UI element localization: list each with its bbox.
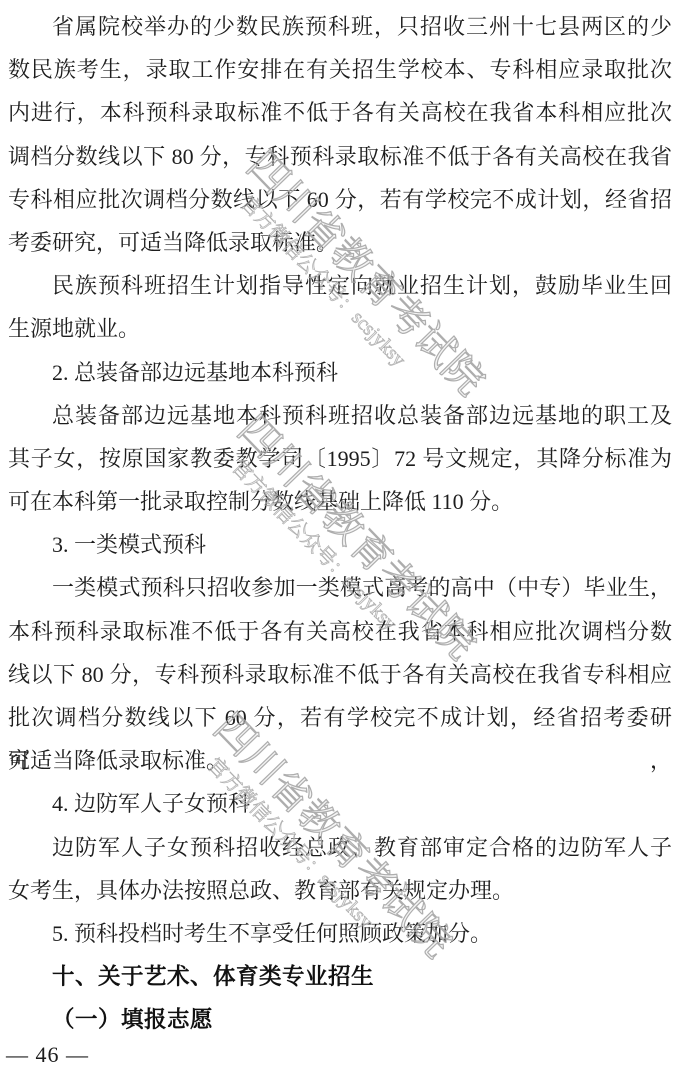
text-line: 边防军人子女预科招收经总政、教育部审定合格的边防军人子 (8, 826, 672, 869)
text-line: 总装备部边远基地本科预科班招收总装备部边远基地的职工及 (8, 394, 672, 437)
list-item-heading: 2. 总装备部边远基地本科预科 (8, 351, 672, 394)
list-item-heading: 3. 一类模式预科 (8, 523, 672, 566)
text-line: 内进行，本科预科录取标准不低于各有关高校在我省本科相应批次 (8, 91, 672, 134)
subsection-heading: （一）填报志愿 (8, 998, 672, 1041)
text-line: 数民族考生，录取工作安排在有关招生学校本、专科相应录取批次 (8, 48, 672, 91)
text-line: 批次调档分数线以下 60 分，若有学校完不成计划，经省招考委研究， (8, 696, 672, 739)
text-line: 省属院校举办的少数民族预科班，只招收三州十七县两区的少 (8, 5, 672, 48)
text-line: 民族预科班招生计划指导性定向就业招生计划，鼓励毕业生回 (8, 264, 672, 307)
text-line: 考委研究，可适当降低录取标准。 (8, 221, 672, 264)
section-heading: 十、关于艺术、体育类专业招生 (8, 955, 672, 998)
list-item-heading: 4. 边防军人子女预科 (8, 782, 672, 825)
page-number: — 46 — (6, 1042, 89, 1068)
text-line: 一类模式预科只招收参加一类模式高考的高中（中专）毕业生， (8, 566, 672, 609)
text-line: 其子女，按原国家教委教学司〔1995〕72 号文规定，其降分标准为 (8, 437, 672, 480)
document-page: 四川省教育考试院 官方微信公众号：scsjyksy 四川省教育考试院 官方微信公… (0, 0, 680, 1076)
text-line: 线以下 80 分，专科预科录取标准不低于各有关高校在我省专科相应 (8, 653, 672, 696)
text-line: 生源地就业。 (8, 307, 672, 350)
text-line: 调档分数线以下 80 分，专科预科录取标准不低于各有关高校在我省 (8, 135, 672, 178)
list-item-heading: 5. 预科投档时考生不享受任何照顾政策加分。 (8, 912, 672, 955)
document-body: 省属院校举办的少数民族预科班，只招收三州十七县两区的少 数民族考生，录取工作安排… (8, 5, 672, 1042)
text-line: 可在本科第一批录取控制分数线基础上降低 110 分。 (8, 480, 672, 523)
text-line: 本科预科录取标准不低于各有关高校在我省本科相应批次调档分数 (8, 610, 672, 653)
text-line: 专科相应批次调档分数线以下 60 分，若有学校完不成计划，经省招 (8, 178, 672, 221)
text-line: 女考生，具体办法按照总政、教育部有关规定办理。 (8, 869, 672, 912)
